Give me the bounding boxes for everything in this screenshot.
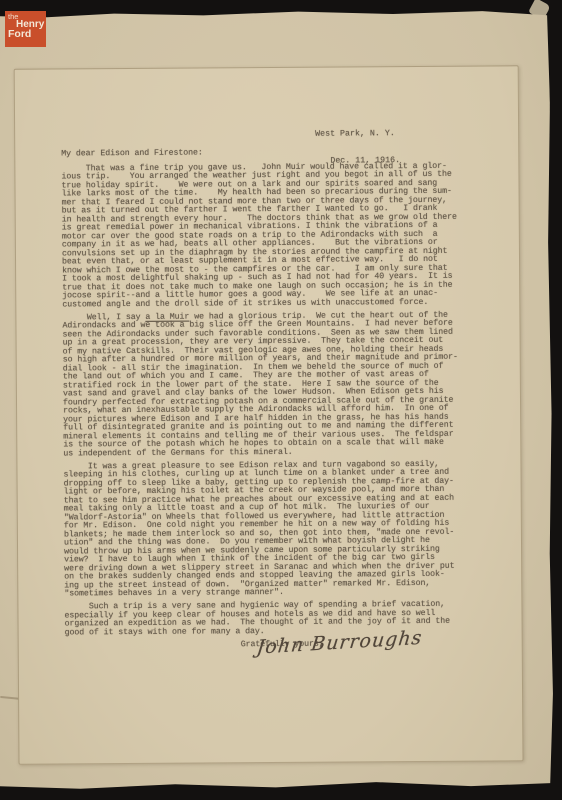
letter-place: West Park, N. Y. (315, 129, 400, 139)
letter-body: My dear Edison and Firestone: That was a… (61, 147, 514, 650)
logo-the: the (8, 13, 46, 21)
scan-background: West Park, N. Y. Dec. 11, 1916. My dear … (0, 0, 562, 800)
paragraph-2-rest: we had a glorious trip. We cut the heart… (62, 310, 457, 458)
logo-ford: Ford (8, 29, 46, 39)
paragraph-3: It was a great pleasure to see Edison re… (63, 460, 514, 599)
salutation: My dear Edison and Firestone: (61, 147, 511, 159)
paragraph-2: Well, I say a la Muir we had a glorious … (62, 311, 513, 459)
letter-sheet: West Park, N. Y. Dec. 11, 1916. My dear … (14, 65, 524, 765)
album-page: West Park, N. Y. Dec. 11, 1916. My dear … (0, 9, 555, 791)
paragraph-1: That was a fine trip you gave us. John M… (61, 162, 512, 310)
henry-ford-logo: the Henry Ford (5, 11, 46, 47)
